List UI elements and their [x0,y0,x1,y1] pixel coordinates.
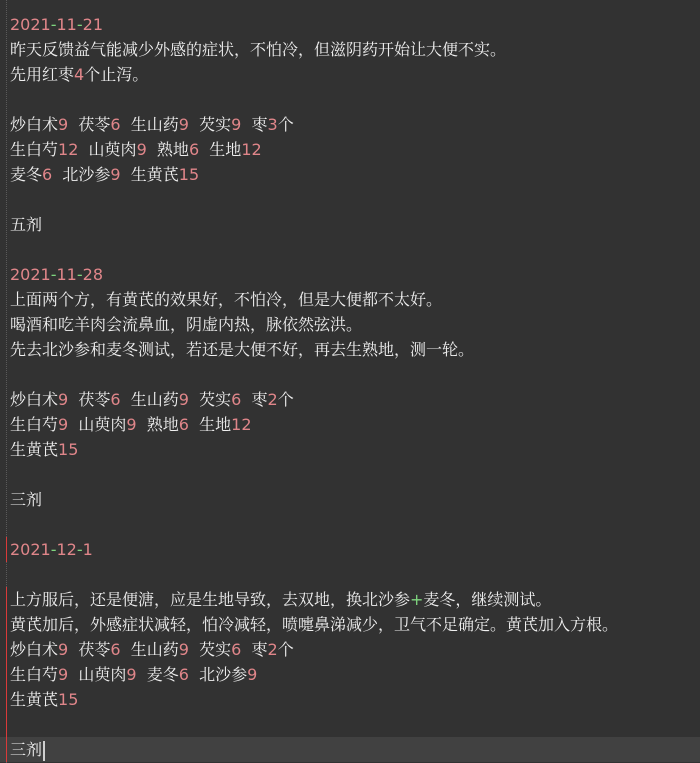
text-editor[interactable]: 2021-11-21昨天反馈益气能减少外感的症状，不怕冷，但滋阴药开始让大便不实… [0,12,700,762]
editor-line[interactable]: 上面两个方，有黄芪的效果好，不怕冷，但是大便都不太好。 [0,287,700,312]
text-token: 炒白术 [10,115,58,134]
text-token: 麦冬 [137,665,179,684]
editor-line[interactable]: 炒白术9 茯苓6 生山药9 芡实6 枣2个 [0,637,700,662]
text-token: 生地 [189,415,231,434]
text-token: 个止泻。 [84,65,148,84]
number-token: 15 [58,690,78,709]
editor-line[interactable]: 喝酒和吃羊肉会流鼻血，阴虚内热，脉依然弦洪。 [0,312,700,337]
number-token: 2021 [10,540,51,559]
current-line[interactable]: 三剂 [0,737,700,762]
text-token: 生地 [199,140,241,159]
editor-line[interactable]: 炒白术9 茯苓6 生山药9 芡实6 枣2个 [0,387,700,412]
editor-line[interactable]: 生黄芪15 [0,437,700,462]
number-token: 6 [231,640,241,659]
number-token: 9 [58,415,68,434]
editor-line[interactable] [0,87,700,112]
text-token: 个 [278,390,294,409]
editor-line[interactable] [0,362,700,387]
text-token: 三剂 [10,740,42,759]
text-token: 个 [278,640,294,659]
text-token: 生山药 [121,115,179,134]
text-token: 北沙参 [52,165,110,184]
number-token: 4 [74,65,84,84]
text-token: 生黄芪 [121,165,179,184]
number-token: 9 [58,665,68,684]
text-token: 上方服后，还是便溏，应是生地导致，去双地，换北沙参 [10,590,410,609]
number-token: 6 [110,115,120,134]
editor-line[interactable]: 2021-12-1 [0,537,700,562]
editor-line[interactable] [0,462,700,487]
number-token: 9 [58,115,68,134]
text-token: 山萸肉 [68,665,126,684]
text-token: 昨天反馈益气能减少外感的症状，不怕冷，但滋阴药开始让大便不实。 [10,40,506,59]
number-token: 9 [126,665,136,684]
editor-line[interactable] [0,712,700,737]
text-token: 枣 [241,390,267,409]
number-token: 6 [42,165,52,184]
number-token: 15 [179,165,199,184]
number-token: 6 [110,390,120,409]
number-token: 15 [58,440,78,459]
text-token: 麦冬，继续测试。 [423,590,551,609]
editor-line[interactable]: 麦冬6 北沙参9 生黄芪15 [0,162,700,187]
number-token: 9 [58,640,68,659]
number-token: 1 [83,540,93,559]
text-caret [43,741,45,761]
editor-line[interactable]: 三剂 [0,487,700,512]
text-token: 生黄芪 [10,440,58,459]
text-token: 北沙参 [189,665,247,684]
text-token: 五剂 [10,215,42,234]
editor-line[interactable]: 五剂 [0,212,700,237]
number-token: 3 [268,115,278,134]
number-token: 6 [179,665,189,684]
editor-line[interactable]: 先去北沙参和麦冬测试，若还是大便不好，再去生熟地，测一轮。 [0,337,700,362]
editor-line[interactable] [0,237,700,262]
text-token: 熟地 [137,415,179,434]
number-token: 9 [126,415,136,434]
editor-line[interactable]: 生黄芪15 [0,687,700,712]
text-token: 枣 [241,640,267,659]
editor-line[interactable]: 炒白术9 茯苓6 生山药9 芡实9 枣3个 [0,112,700,137]
number-token: 2021 [10,15,51,34]
number-token: 2 [268,390,278,409]
editor-line[interactable] [0,187,700,212]
number-token: 9 [179,640,189,659]
number-token: 9 [137,140,147,159]
editor-line[interactable]: 昨天反馈益气能减少外感的症状，不怕冷，但滋阴药开始让大便不实。 [0,37,700,62]
number-token: 9 [179,115,189,134]
text-token: 炒白术 [10,390,58,409]
number-token: 2 [268,640,278,659]
number-token: 28 [83,265,103,284]
text-token: 山萸肉 [68,415,126,434]
number-token: 6 [231,390,241,409]
editor-line[interactable]: 生白芍12 山萸肉9 熟地6 生地12 [0,137,700,162]
text-token: 生黄芪 [10,690,58,709]
text-token: 喝酒和吃羊肉会流鼻血，阴虚内热，脉依然弦洪。 [10,315,362,334]
text-token: 芡实 [189,640,231,659]
text-token: 芡实 [189,390,231,409]
number-token: 11 [57,15,77,34]
text-token: 生白芍 [10,140,58,159]
text-token: 先用红枣 [10,65,74,84]
text-token: 茯苓 [68,390,110,409]
number-token: 9 [231,115,241,134]
text-token: 黄芪加后，外感症状减轻，怕冷减轻，喷嚏鼻涕减少，卫气不足确定。黄芪加入方根。 [10,615,618,634]
text-token: 熟地 [147,140,189,159]
number-token: 9 [110,165,120,184]
number-token: 21 [83,15,103,34]
text-token: 生白芍 [10,415,58,434]
editor-line[interactable]: 先用红枣4个止泻。 [0,62,700,87]
text-token: 炒白术 [10,640,58,659]
text-token: 上面两个方，有黄芪的效果好，不怕冷，但是大便都不太好。 [10,290,442,309]
text-token: 茯苓 [68,115,110,134]
text-token: 生山药 [121,640,179,659]
number-token: 12 [231,415,251,434]
text-token: 三剂 [10,490,42,509]
number-token: 9 [58,390,68,409]
number-token: 9 [179,390,189,409]
text-token: 麦冬 [10,165,42,184]
number-token: 6 [179,415,189,434]
text-token: 生白芍 [10,665,58,684]
number-token: 11 [57,265,77,284]
number-token: 6 [110,640,120,659]
text-token: 生山药 [121,390,179,409]
text-token: 枣 [241,115,267,134]
editor-line[interactable]: 2021-11-21 [0,12,700,37]
text-token: 先去北沙参和麦冬测试，若还是大便不好，再去生熟地，测一轮。 [10,340,474,359]
number-token: 6 [189,140,199,159]
number-token: 9 [247,665,257,684]
editor-line[interactable] [0,562,700,587]
editor-line[interactable]: 上方服后，还是便溏，应是生地导致，去双地，换北沙参+麦冬，继续测试。 [0,587,700,612]
number-token: 12 [57,540,77,559]
text-token: 山萸肉 [78,140,136,159]
editor-line[interactable]: 黄芪加后，外感症状减轻，怕冷减轻，喷嚏鼻涕减少，卫气不足确定。黄芪加入方根。 [0,612,700,637]
number-token: 2021 [10,265,51,284]
editor-line[interactable]: 生白芍9 山萸肉9 麦冬6 北沙参9 [0,662,700,687]
text-token: 芡实 [189,115,231,134]
number-token: 12 [58,140,78,159]
number-token: 12 [241,140,261,159]
editor-line[interactable]: 生白芍9 山萸肉9 熟地6 生地12 [0,412,700,437]
operator-token: + [410,590,423,609]
text-token: 茯苓 [68,640,110,659]
editor-line[interactable] [0,512,700,537]
editor-line[interactable]: 2021-11-28 [0,262,700,287]
text-token: 个 [278,115,294,134]
